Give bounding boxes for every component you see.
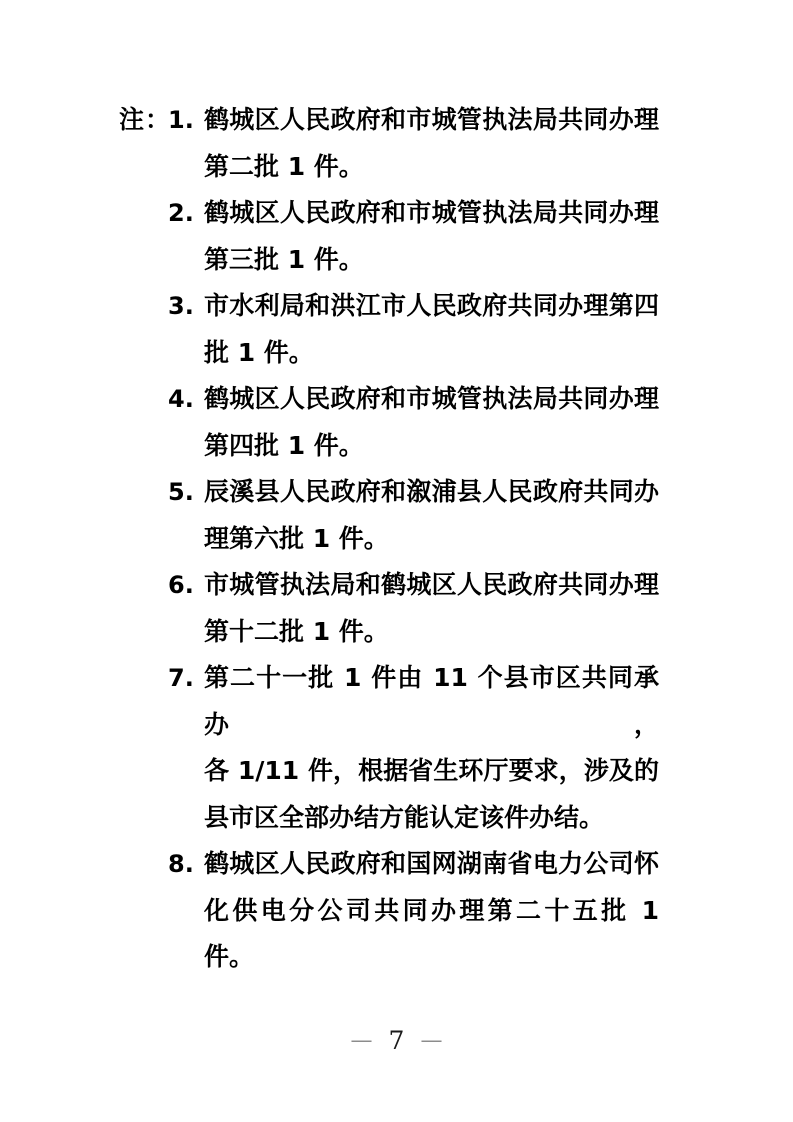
note-item-6: 6. 市城管执法局和鹤城区人民政府共同办理 第十二批 1 件。 xyxy=(168,562,659,655)
text-line: 化供电分公司共同办理第二十五批 1 件。 xyxy=(204,888,659,981)
text-line: 市水利局和洪江市人民政府共同办理第四 xyxy=(204,283,659,330)
item-number: 3. xyxy=(168,283,204,330)
item-text: 辰溪县人民政府和溆浦县人民政府共同办 理第六批 1 件。 xyxy=(204,469,659,562)
page-footer: —7— xyxy=(0,1026,793,1055)
text-line: 第三批 1 件。 xyxy=(204,237,659,284)
note-item-2: 2. 鹤城区人民政府和市城管执法局共同办理 第三批 1 件。 xyxy=(168,190,659,283)
item-text: 鹤城区人民政府和市城管执法局共同办理 第三批 1 件。 xyxy=(204,190,659,283)
document-page: 注： 1. 鹤城区人民政府和市城管执法局共同办理 第二批 1 件。 2. 鹤城区… xyxy=(0,0,793,1122)
note-item-1: 1. 鹤城区人民政府和市城管执法局共同办理 第二批 1 件。 xyxy=(168,97,659,190)
text-line: 理第六批 1 件。 xyxy=(204,516,659,563)
text-line: 市城管执法局和鹤城区人民政府共同办理 xyxy=(204,562,659,609)
notes-list: 1. 鹤城区人民政府和市城管执法局共同办理 第二批 1 件。 2. 鹤城区人民政… xyxy=(168,97,659,981)
text-line: 鹤城区人民政府和国网湖南省电力公司怀 xyxy=(204,841,659,888)
item-text: 鹤城区人民政府和市城管执法局共同办理 第四批 1 件。 xyxy=(204,376,659,469)
footer-dash-left: — xyxy=(351,1028,373,1053)
footer-dash-right: — xyxy=(420,1028,442,1053)
note-item-3: 3. 市水利局和洪江市人民政府共同办理第四 批 1 件。 xyxy=(168,283,659,376)
text-line: 批 1 件。 xyxy=(204,330,659,377)
item-number: 2. xyxy=(168,190,204,237)
text-line: 辰溪县人民政府和溆浦县人民政府共同办 xyxy=(204,469,659,516)
text-line: 第四批 1 件。 xyxy=(204,423,659,470)
item-text: 市城管执法局和鹤城区人民政府共同办理 第十二批 1 件。 xyxy=(204,562,659,655)
item-number: 7. xyxy=(168,655,204,702)
text-line: 县市区全部办结方能认定该件办结。 xyxy=(204,795,659,842)
note-item-8: 8. 鹤城区人民政府和国网湖南省电力公司怀 化供电分公司共同办理第二十五批 1 … xyxy=(168,841,659,981)
page-number: 7 xyxy=(389,1026,405,1055)
notes-section: 注： 1. 鹤城区人民政府和市城管执法局共同办理 第二批 1 件。 2. 鹤城区… xyxy=(119,97,659,981)
text-line: 第二批 1 件。 xyxy=(204,144,659,191)
item-text: 鹤城区人民政府和市城管执法局共同办理 第二批 1 件。 xyxy=(204,97,659,190)
text-line: 第二十一批 1 件由 11 个县市区共同承办， xyxy=(204,655,659,748)
item-text: 市水利局和洪江市人民政府共同办理第四 批 1 件。 xyxy=(204,283,659,376)
note-item-5: 5. 辰溪县人民政府和溆浦县人民政府共同办 理第六批 1 件。 xyxy=(168,469,659,562)
text-line: 第十二批 1 件。 xyxy=(204,609,659,656)
text-line: 各 1/11 件，根据省生环厅要求，涉及的 xyxy=(204,748,659,795)
item-number: 4. xyxy=(168,376,204,423)
item-number: 5. xyxy=(168,469,204,516)
item-text: 鹤城区人民政府和国网湖南省电力公司怀 化供电分公司共同办理第二十五批 1 件。 xyxy=(204,841,659,981)
item-text: 第二十一批 1 件由 11 个县市区共同承办， 各 1/11 件，根据省生环厅要… xyxy=(204,655,659,841)
item-number: 1. xyxy=(168,97,204,144)
note-label: 注： xyxy=(119,97,171,144)
text-line: 鹤城区人民政府和市城管执法局共同办理 xyxy=(204,376,659,423)
note-item-7: 7. 第二十一批 1 件由 11 个县市区共同承办， 各 1/11 件，根据省生… xyxy=(168,655,659,841)
note-item-4: 4. 鹤城区人民政府和市城管执法局共同办理 第四批 1 件。 xyxy=(168,376,659,469)
item-number: 6. xyxy=(168,562,204,609)
text-line: 鹤城区人民政府和市城管执法局共同办理 xyxy=(204,97,659,144)
item-number: 8. xyxy=(168,841,204,888)
text-line: 鹤城区人民政府和市城管执法局共同办理 xyxy=(204,190,659,237)
